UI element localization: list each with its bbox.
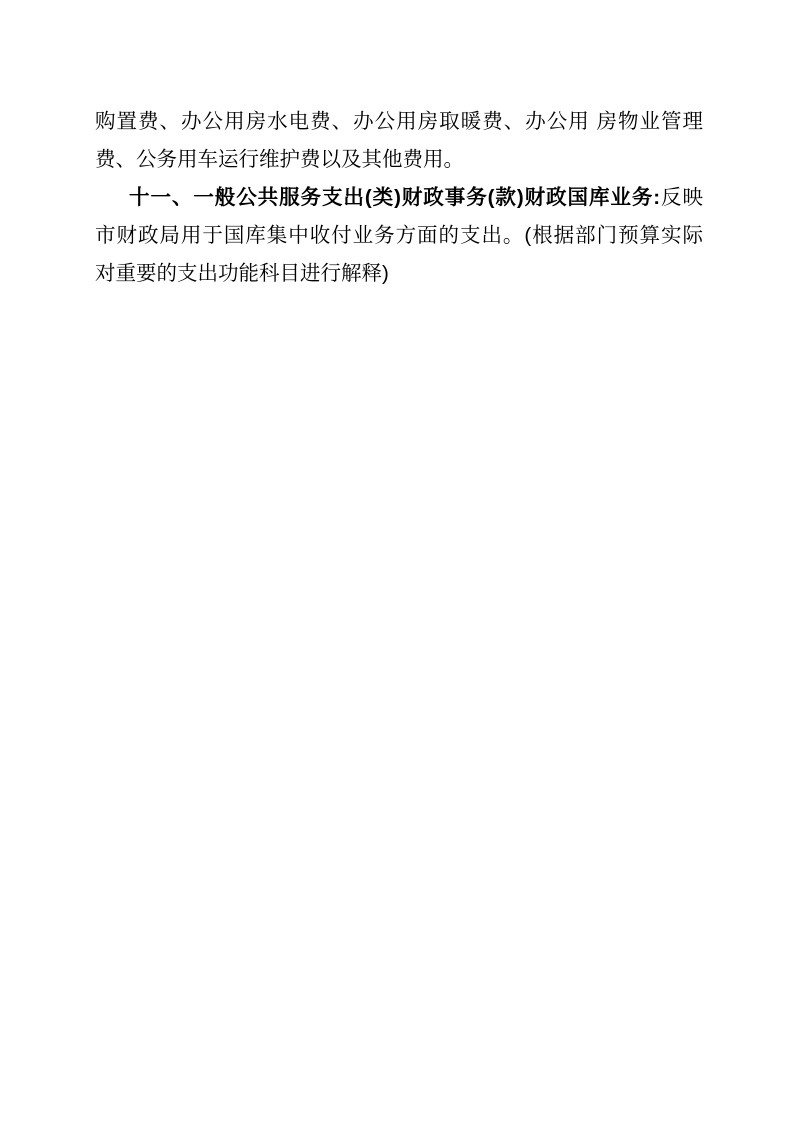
text-run: 市财政局用于国库集中收付业务方面的支出。(根据部门预算实际 [95, 224, 703, 247]
text-run: 购置费、办公用房水电费、办公用房取暖费、办公用 房物业管理 [95, 110, 703, 133]
paragraph: 购置费、办公用房水电费、办公用房取暖费、办公用 房物业管理费、公务用车运行维护费… [95, 103, 703, 179]
text-line: 市财政局用于国库集中收付业务方面的支出。(根据部门预算实际 [95, 217, 703, 255]
text-line: 费、公务用车运行维护费以及其他费用。 [95, 141, 703, 179]
document-body: 购置费、办公用房水电费、办公用房取暖费、办公用 房物业管理费、公务用车运行维护费… [0, 0, 793, 293]
text-run: 反映 [660, 186, 703, 209]
text-run: 对重要的支出功能科目进行解释) [95, 262, 389, 285]
document-page: 购置费、办公用房水电费、办公用房取暖费、办公用 房物业管理费、公务用车运行维护费… [0, 0, 793, 1122]
text-line: 购置费、办公用房水电费、办公用房取暖费、办公用 房物业管理 [95, 103, 703, 141]
text-run: 费、公务用车运行维护费以及其他费用。 [95, 148, 464, 171]
text-line: 十一、一般公共服务支出(类)财政事务(款)财政国库业务:反映 [95, 179, 703, 217]
bold-text-run: 十一、一般公共服务支出(类)财政事务(款)财政国库业务: [129, 186, 660, 209]
paragraph: 十一、一般公共服务支出(类)财政事务(款)财政国库业务:反映市财政局用于国库集中… [95, 179, 703, 293]
text-line: 对重要的支出功能科目进行解释) [95, 255, 703, 293]
